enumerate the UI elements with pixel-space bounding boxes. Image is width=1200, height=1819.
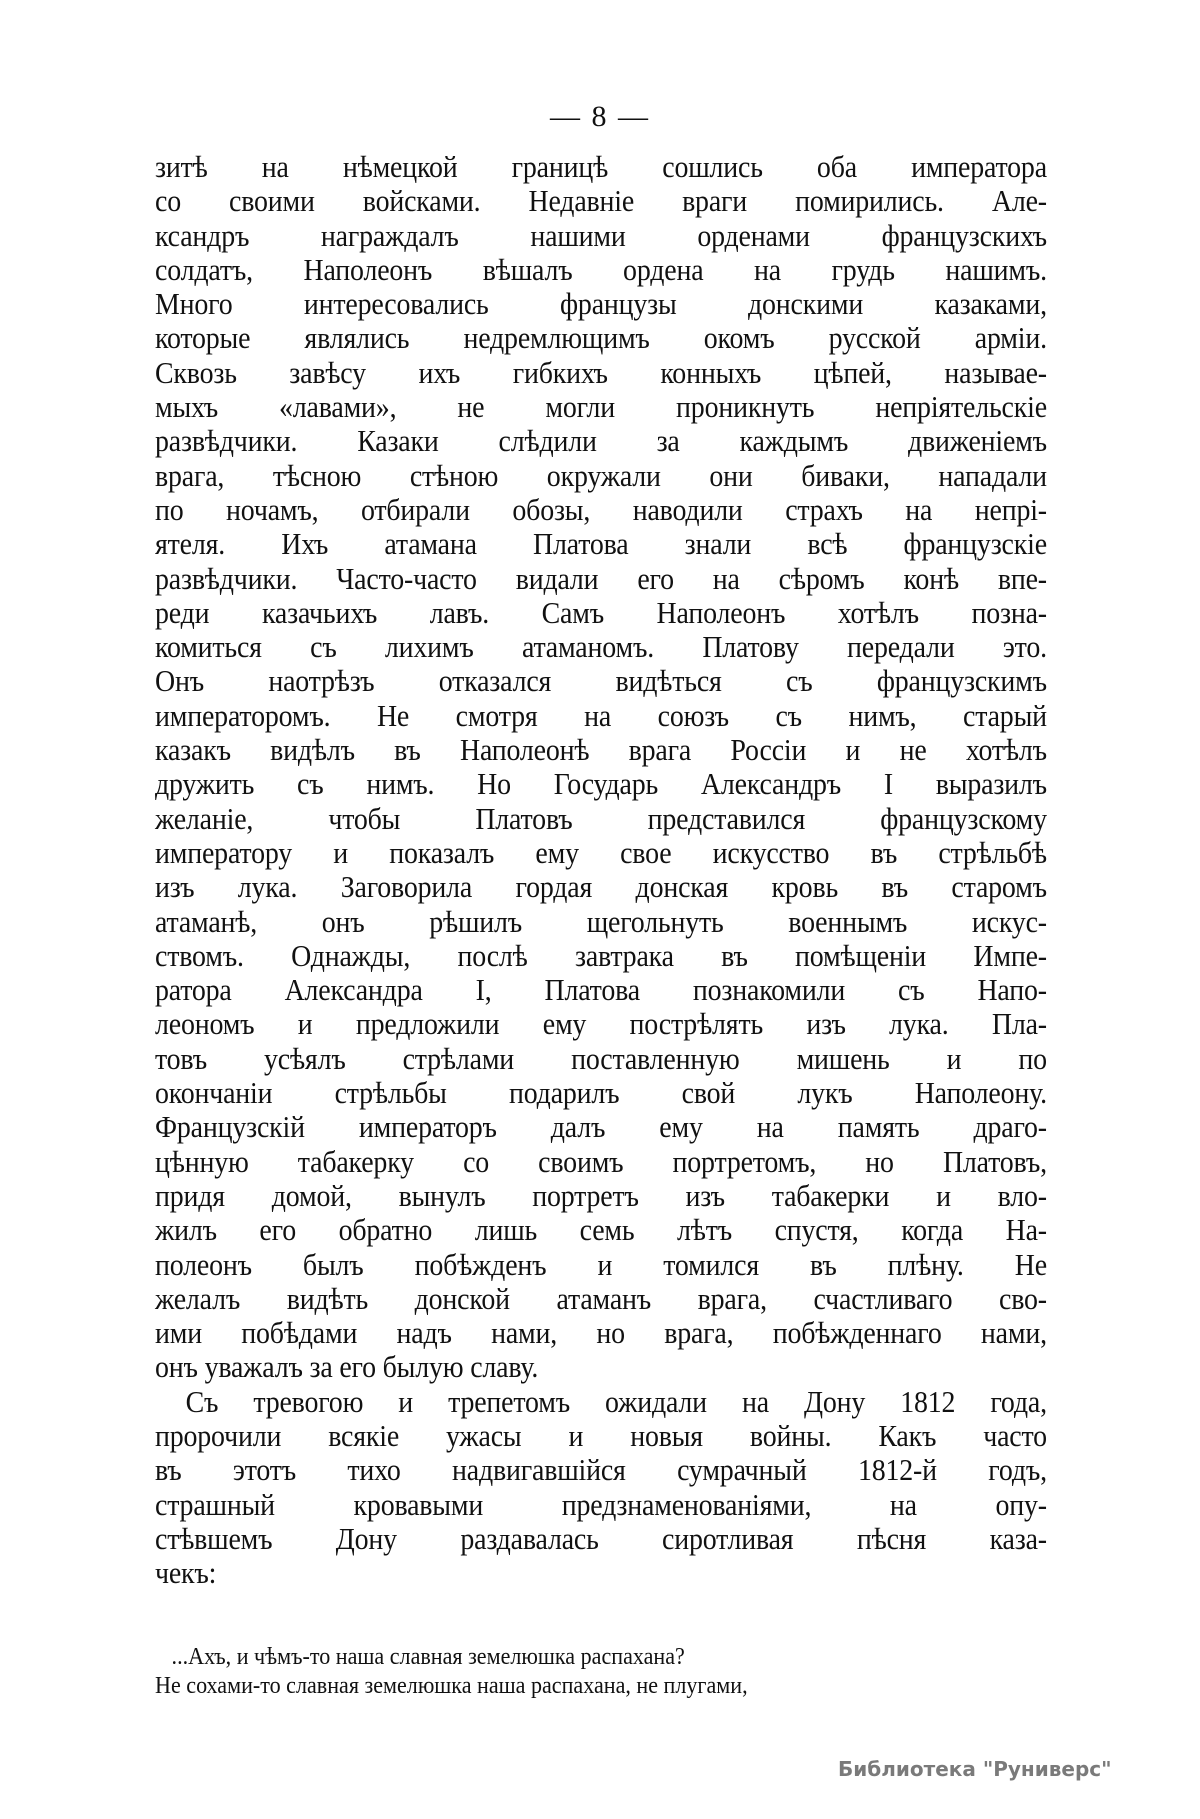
text-line: солдатъ, Наполеонъ вѣшалъ ордена на груд… [155,253,1047,287]
paragraph-start-line: Съ тревогою и трепетомъ ожидали на Дону … [155,1385,1047,1419]
text-line: ратора Александра I, Платова познакомили… [155,973,1047,1007]
text-line: Сквозь завѣсу ихъ гибкихъ конныхъ цѣпей,… [155,356,1047,390]
text-line: придя домой, вынулъ портретъ изъ табакер… [155,1179,1047,1213]
paragraph-end-line: чекъ: [155,1556,1047,1590]
text-line: жилъ его обратно лишь семь лѣтъ спустя, … [155,1213,1047,1247]
text-line: императоромъ. Не смотря на союзъ съ нимъ… [155,699,1047,733]
poem-line: Не сохами-то славная земелюшка наша расп… [155,1672,983,1701]
text-line: развѣдчики. Казаки слѣдили за каждымъ дв… [155,424,1047,458]
text-line: мыхъ «лавами», не могли проникнуть непрі… [155,390,1047,424]
text-line: леономъ и предложили ему пострѣлять изъ … [155,1007,1047,1041]
paragraph-end-line: онъ уважалъ за его былую славу. [155,1350,1047,1384]
text-line: комиться съ лихимъ атаманомъ. Платову пе… [155,630,1047,664]
text-line: желаніе, чтобы Платовъ представился фран… [155,802,1047,836]
text-line: зитѣ на нѣмецкой границѣ сошлись оба имп… [155,150,1047,184]
library-watermark: Библиотека "Руниверс" [838,1757,1112,1781]
page-number: — 8 — [0,100,1200,134]
text-line: по ночамъ, отбирали обозы, наводили стра… [155,493,1047,527]
text-line: ксандръ награждалъ нашими орденами франц… [155,219,1047,253]
text-line: полеонъ былъ побѣжденъ и томился въ плѣн… [155,1248,1047,1282]
text-line: пророчили всякіе ужасы и новыя войны. Ка… [155,1419,1047,1453]
text-line: Французскій императоръ далъ ему на памят… [155,1110,1047,1144]
text-line: Много интересовались французы донскими к… [155,287,1047,321]
text-line: со своими войсками. Недавніе враги помир… [155,184,1047,218]
text-line: атаманѣ, онъ рѣшилъ щегольнуть военнымъ … [155,905,1047,939]
poem-quote: ...Ахъ, и чѣмъ-то наша славная земелюшка… [155,1643,1055,1701]
text-line: стѣвшемъ Дону раздавалась сиротливая пѣс… [155,1522,1047,1556]
text-line: цѣнную табакерку со своимъ портретомъ, н… [155,1145,1047,1179]
text-line: окончаніи стрѣльбы подарилъ свой лукъ На… [155,1076,1047,1110]
text-line: которые являлись недремлющимъ окомъ русс… [155,321,1047,355]
text-line: ствомъ. Однажды, послѣ завтрака въ помѣщ… [155,939,1047,973]
poem-line: ...Ахъ, и чѣмъ-то наша славная земелюшка… [155,1643,983,1672]
text-line: казакъ видѣлъ въ Наполеонѣ врага Россіи … [155,733,1047,767]
text-line: желалъ видѣть донской атаманъ врага, сча… [155,1282,1047,1316]
text-line: товъ усѣялъ стрѣлами поставленную мишень… [155,1042,1047,1076]
body-text: зитѣ на нѣмецкой границѣ сошлись оба имп… [155,150,1047,1590]
text-line: императору и показалъ ему свое искусство… [155,836,1047,870]
text-line: дружить съ нимъ. Но Государь Александръ … [155,767,1047,801]
text-line: врага, тѣсною стѣною окружали они биваки… [155,459,1047,493]
text-line: страшный кровавыми предзнаменованіями, н… [155,1488,1047,1522]
text-line: Онъ наотрѣзъ отказался видѣться съ франц… [155,664,1047,698]
text-line: ими побѣдами надъ нами, но врага, побѣжд… [155,1316,1047,1350]
text-line: въ этотъ тихо надвигавшійся сумрачный 18… [155,1453,1047,1487]
text-line: изъ лука. Заговорила гордая донская кров… [155,870,1047,904]
text-line: реди казачьихъ лавъ. Самъ Наполеонъ хотѣ… [155,596,1047,630]
text-line: развѣдчики. Часто-часто видали его на сѣ… [155,562,1047,596]
text-line: ятеля. Ихъ атамана Платова знали всѣ фра… [155,527,1047,561]
